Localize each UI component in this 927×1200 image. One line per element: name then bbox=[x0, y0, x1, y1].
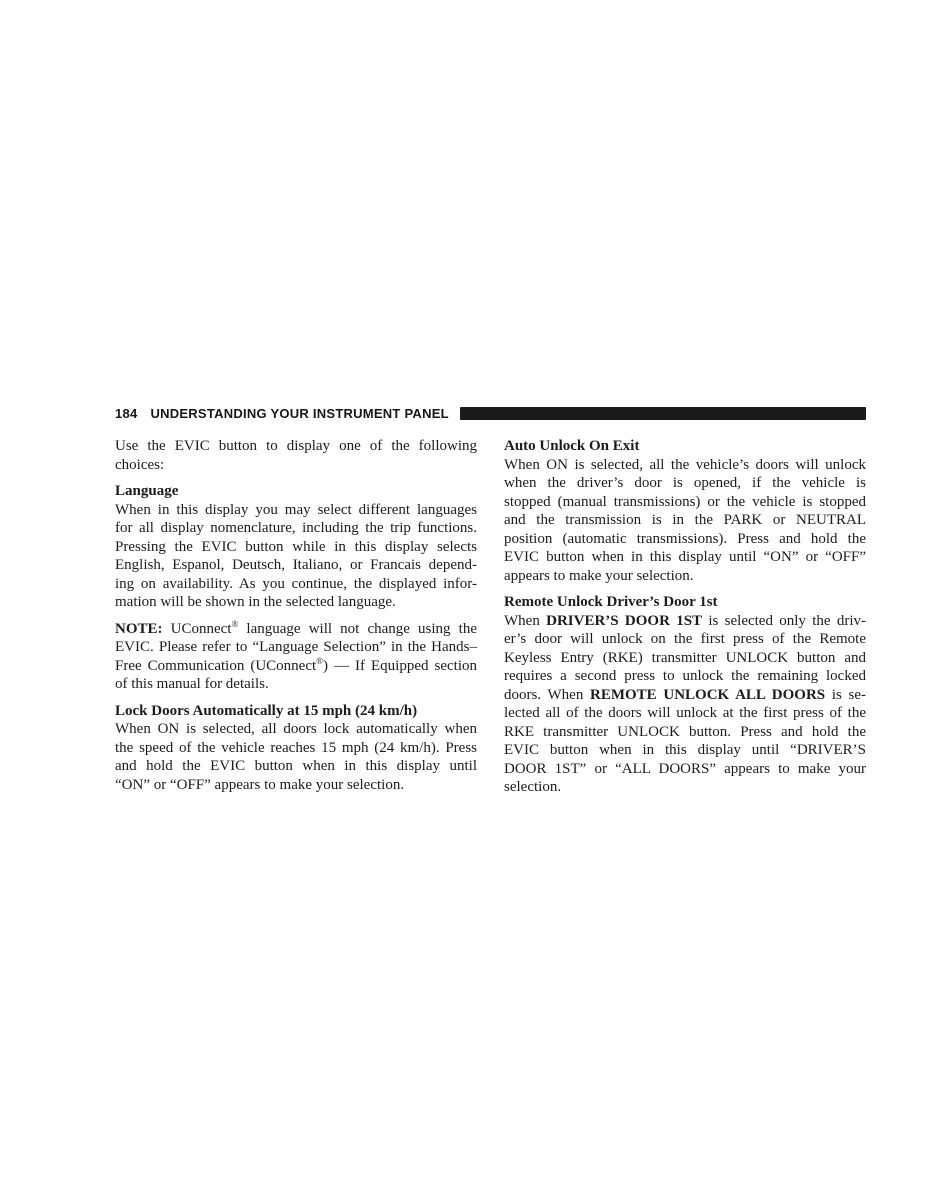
text-line: EVIC button when in this display until “… bbox=[504, 741, 866, 760]
page-header-title: UNDERSTANDING YOUR INSTRUMENT PANEL bbox=[150, 406, 448, 421]
text-line: RKE transmitter UNLOCK button. Press and… bbox=[504, 723, 866, 742]
text-line: lected all of the doors will unlock at t… bbox=[504, 704, 866, 723]
content-block: LanguageWhen in this display you may sel… bbox=[115, 482, 477, 612]
text-line: When ON is selected, all doors lock auto… bbox=[115, 720, 477, 739]
text-line: Keyless Entry (RKE) transmitter UNLOCK b… bbox=[504, 649, 866, 668]
text-line: selection. bbox=[504, 778, 866, 797]
text-line: ing on availability. As you continue, th… bbox=[115, 575, 477, 594]
content-block: Remote Unlock Driver’s Door 1stWhen DRIV… bbox=[504, 593, 866, 797]
text-line: appears to make your selection. bbox=[504, 567, 866, 586]
header-rule-bar bbox=[460, 407, 866, 420]
page-number: 184 bbox=[115, 406, 137, 421]
text-line: er’s door will unlock on the first press… bbox=[504, 630, 866, 649]
content-block: Lock Doors Automatically at 15 mph (24 k… bbox=[115, 702, 477, 795]
section-heading: Language bbox=[115, 482, 477, 501]
text-line: the speed of the vehicle reaches 15 mph … bbox=[115, 739, 477, 758]
text-line: English, Espanol, Deutsch, Italiano, or … bbox=[115, 556, 477, 575]
page-content: Use the EVIC button to display one of th… bbox=[115, 437, 866, 797]
text-line: choices: bbox=[115, 456, 477, 475]
text-line: EVIC. Please refer to “Language Selectio… bbox=[115, 638, 477, 657]
text-line: stopped (manual transmissions) or the ve… bbox=[504, 493, 866, 512]
text-line: of this manual for details. bbox=[115, 675, 477, 694]
text-line: and hold the EVIC button when in this di… bbox=[115, 757, 477, 776]
section-heading: Auto Unlock On Exit bbox=[504, 437, 866, 456]
section-heading: Lock Doors Automatically at 15 mph (24 k… bbox=[115, 702, 477, 721]
text-line: When DRIVER’S DOOR 1ST is selected only … bbox=[504, 612, 866, 631]
content-block: Use the EVIC button to display one of th… bbox=[115, 437, 477, 474]
text-line: mation will be shown in the selected lan… bbox=[115, 593, 477, 612]
text-line: “ON” or “OFF” appears to make your selec… bbox=[115, 776, 477, 795]
text-line: DOOR 1ST” or “ALL DOORS” appears to make… bbox=[504, 760, 866, 779]
right-column: Auto Unlock On ExitWhen ON is selected, … bbox=[504, 437, 866, 797]
text-line: Free Communication (UConnect®) — If Equi… bbox=[115, 657, 477, 676]
text-line: Use the EVIC button to display one of th… bbox=[115, 437, 477, 456]
page-header: 184 UNDERSTANDING YOUR INSTRUMENT PANEL bbox=[115, 406, 866, 421]
text-line: When in this display you may select diff… bbox=[115, 501, 477, 520]
text-line: position (automatic transmissions). Pres… bbox=[504, 530, 866, 549]
text-line: when the driver’s door is opened, if the… bbox=[504, 474, 866, 493]
text-line: doors. When REMOTE UNLOCK ALL DOORS is s… bbox=[504, 686, 866, 705]
text-line: When ON is selected, all the vehicle’s d… bbox=[504, 456, 866, 475]
content-block: Auto Unlock On ExitWhen ON is selected, … bbox=[504, 437, 866, 585]
left-column: Use the EVIC button to display one of th… bbox=[115, 437, 477, 797]
section-heading: Remote Unlock Driver’s Door 1st bbox=[504, 593, 866, 612]
text-line: Pressing the EVIC button while in this d… bbox=[115, 538, 477, 557]
text-line: for all display nomenclature, including … bbox=[115, 519, 477, 538]
text-line: and the transmission is in the PARK or N… bbox=[504, 511, 866, 530]
text-line: requires a second press to unlock the re… bbox=[504, 667, 866, 686]
content-block: NOTE: UConnect® language will not change… bbox=[115, 620, 477, 694]
text-line: EVIC button when in this display until “… bbox=[504, 548, 866, 567]
text-line: NOTE: UConnect® language will not change… bbox=[115, 620, 477, 639]
